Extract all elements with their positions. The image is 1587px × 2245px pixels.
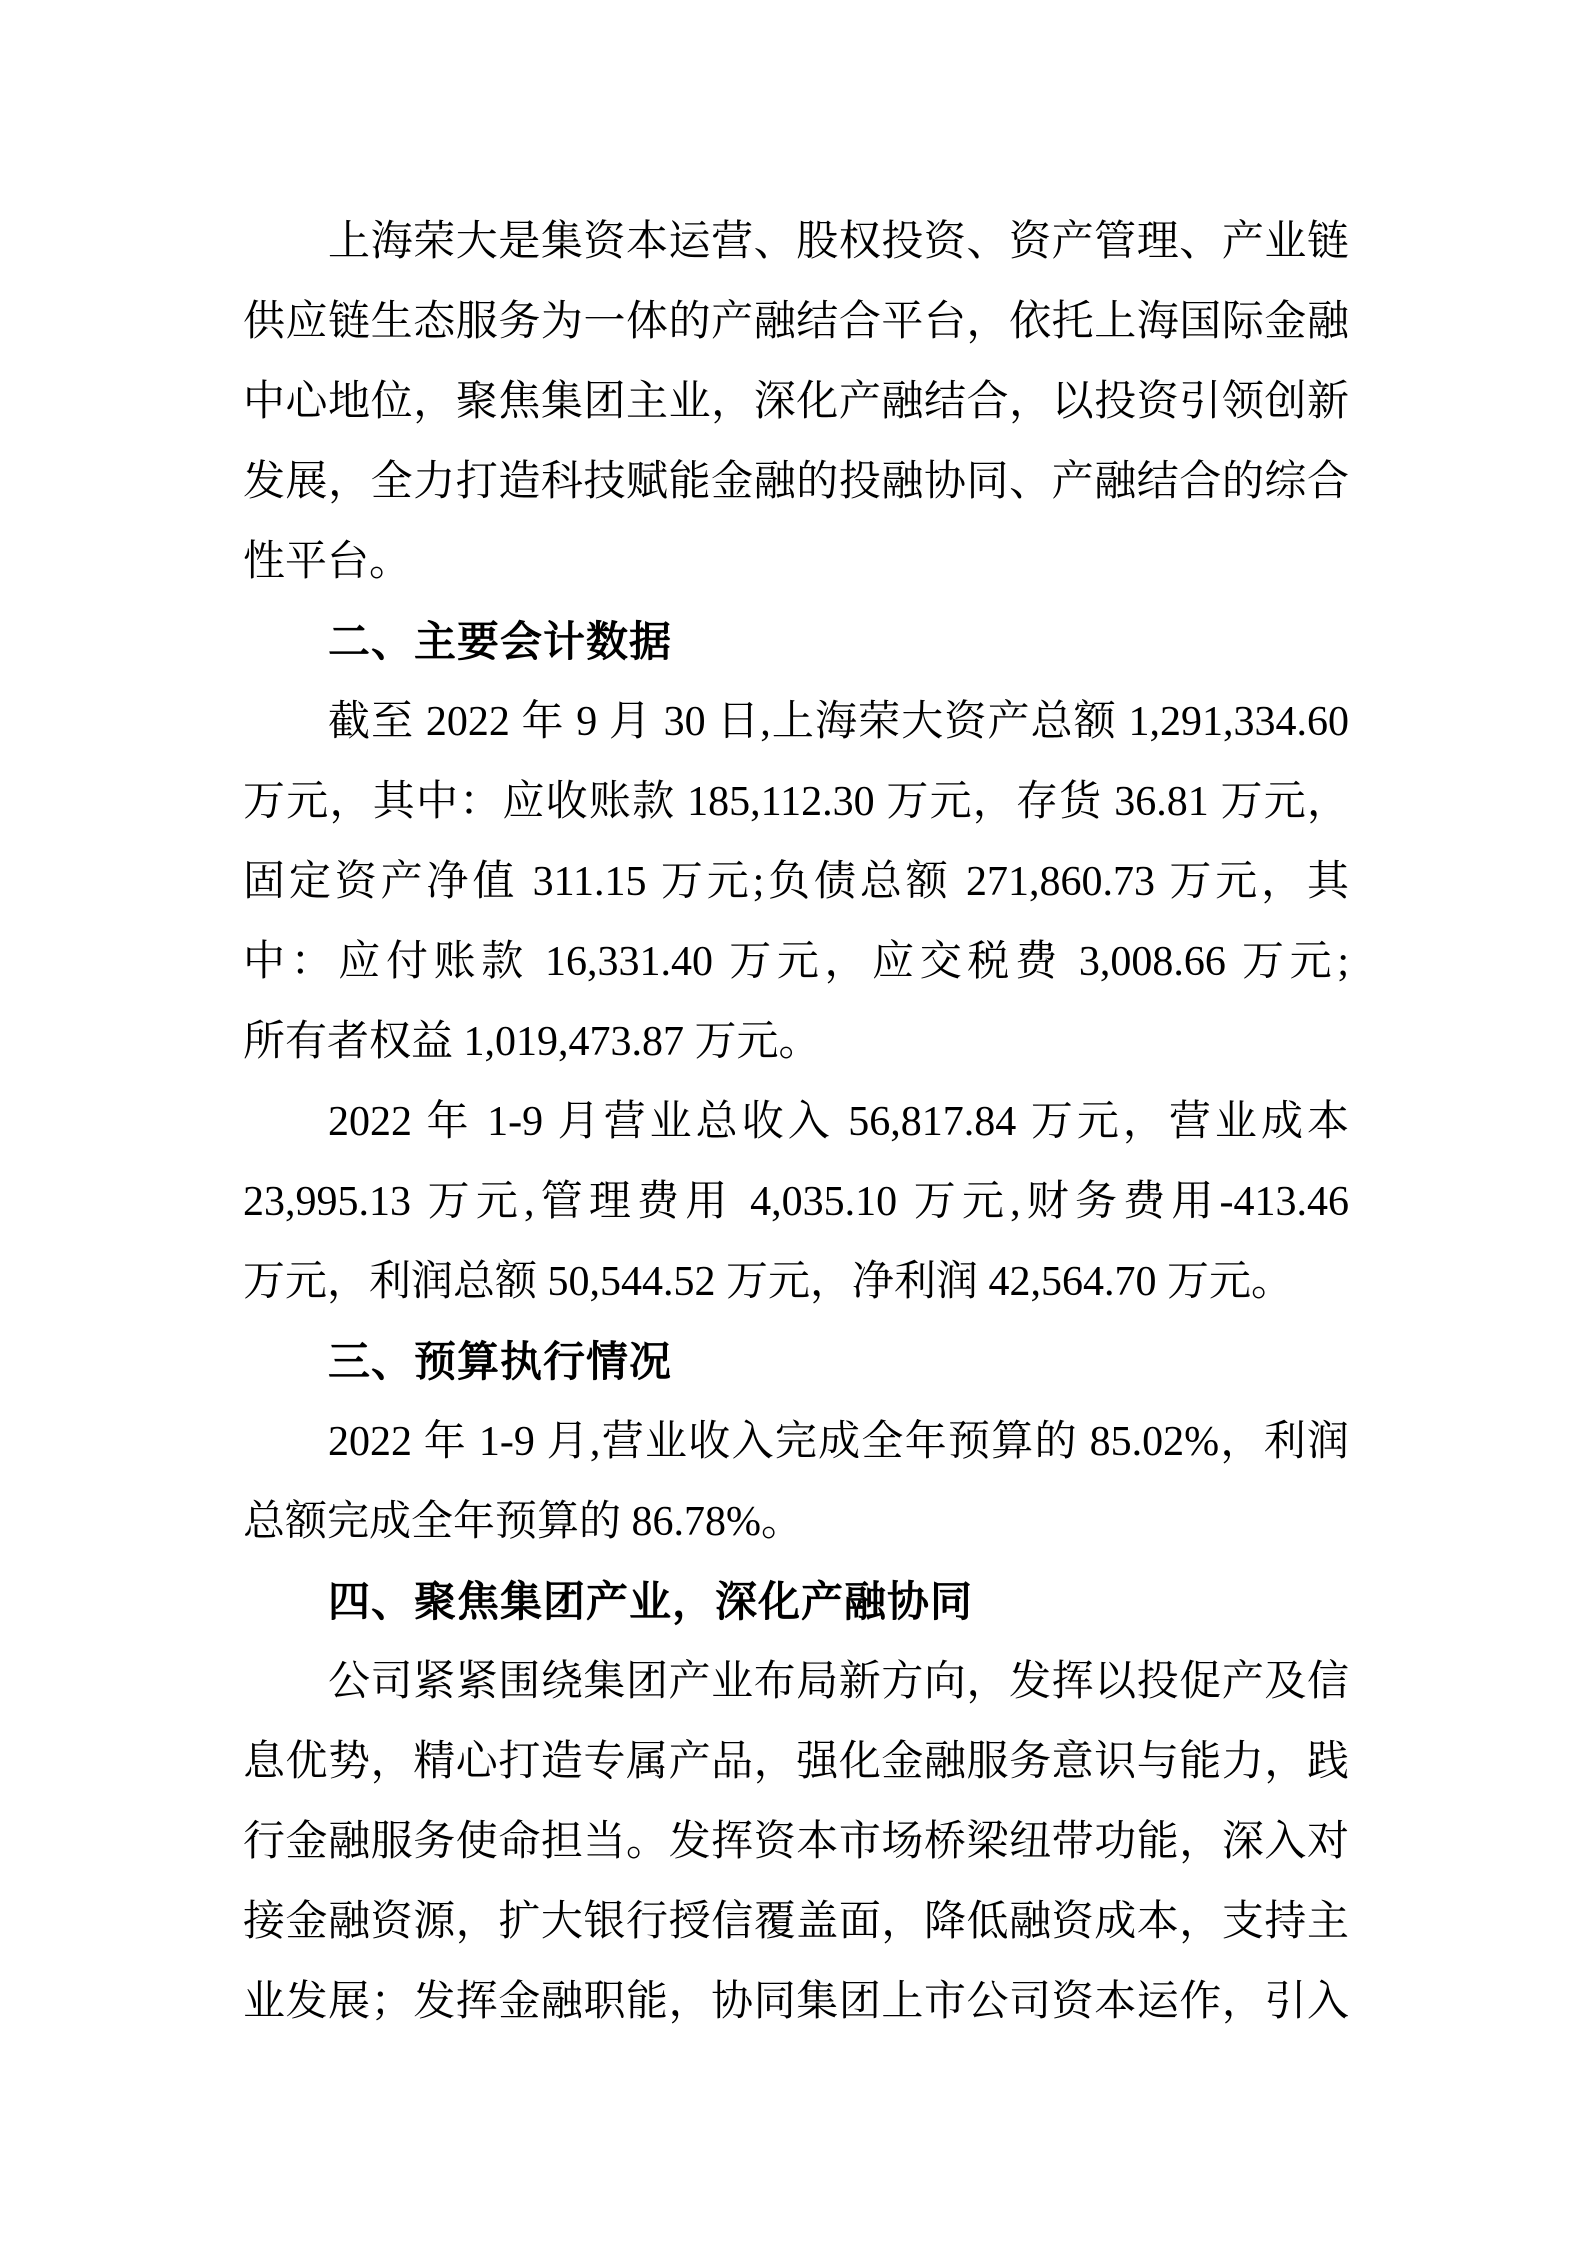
document-page: 上海荣大是集资本运营、股权投资、资产管理、产业链 供应链生态服务为一体的产融结合… — [0, 0, 1587, 2245]
body-line: 万元，其中：应收账款 185,112.30 万元，存货 36.81 万元， — [243, 762, 1349, 842]
intro-line: 供应链生态服务为一体的产融结合平台，依托上海国际金融 — [243, 282, 1349, 362]
body-line: 2022 年 1-9 月营业总收入 56,817.84 万元，营业成本 — [243, 1082, 1349, 1162]
body-line: 23,995.13 万元,管理费用 4,035.10 万元,财务费用-413.4… — [243, 1162, 1349, 1242]
body-line: 接金融资源，扩大银行授信覆盖面，降低融资成本，支持主 — [243, 1882, 1349, 1962]
section-heading-accounting-data: 二、主要会计数据 — [243, 602, 1349, 682]
body-line: 固定资产净值 311.15 万元;负债总额 271,860.73 万元，其 — [243, 842, 1349, 922]
body-line: 2022 年 1-9 月,营业收入完成全年预算的 85.02%，利润 — [243, 1402, 1349, 1482]
body-line: 中：应付账款 16,331.40 万元，应交税费 3,008.66 万元; — [243, 922, 1349, 1002]
section-heading-budget-execution: 三、预算执行情况 — [243, 1322, 1349, 1402]
body-line: 行金融服务使命担当。发挥资本市场桥梁纽带功能，深入对 — [243, 1802, 1349, 1882]
body-line: 万元，利润总额 50,544.52 万元，净利润 42,564.70 万元。 — [243, 1242, 1349, 1322]
intro-line: 上海荣大是集资本运营、股权投资、资产管理、产业链 — [243, 202, 1349, 282]
body-line: 业发展；发挥金融职能，协同集团上市公司资本运作，引入 — [243, 1962, 1349, 2042]
intro-line: 性平台。 — [243, 522, 1349, 602]
body-line: 总额完成全年预算的 86.78%。 — [243, 1482, 1349, 1562]
body-line: 截至 2022 年 9 月 30 日,上海荣大资产总额 1,291,334.60 — [243, 682, 1349, 762]
body-line: 息优势，精心打造专属产品，强化金融服务意识与能力，践 — [243, 1722, 1349, 1802]
section-heading-group-industry-synergy: 四、聚焦集团产业，深化产融协同 — [243, 1562, 1349, 1642]
text-block: 上海荣大是集资本运营、股权投资、资产管理、产业链 供应链生态服务为一体的产融结合… — [243, 202, 1349, 2042]
intro-line: 发展，全力打造科技赋能金融的投融协同、产融结合的综合 — [243, 442, 1349, 522]
body-line: 所有者权益 1,019,473.87 万元。 — [243, 1002, 1349, 1082]
intro-line: 中心地位，聚焦集团主业，深化产融结合，以投资引领创新 — [243, 362, 1349, 442]
body-line: 公司紧紧围绕集团产业布局新方向，发挥以投促产及信 — [243, 1642, 1349, 1722]
